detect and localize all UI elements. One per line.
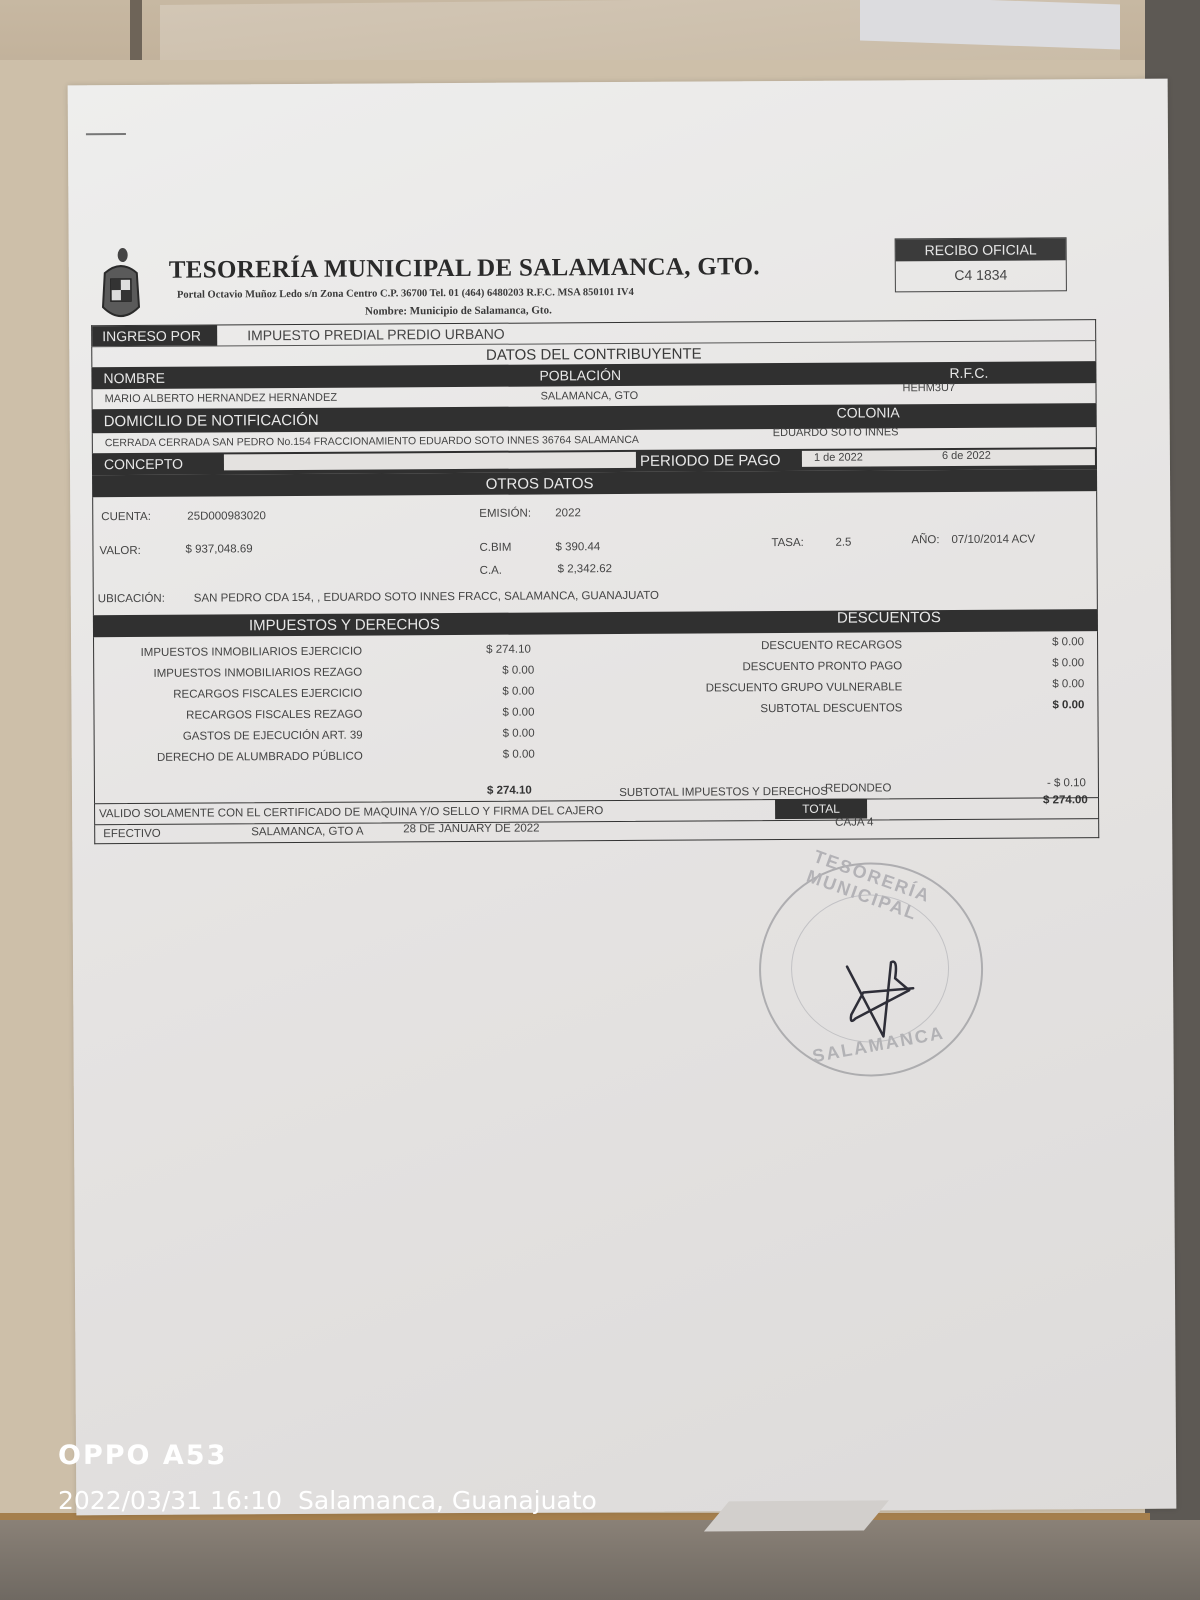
cashier-signature-icon bbox=[843, 958, 924, 1048]
ca-label: C.A. bbox=[480, 565, 502, 577]
impuestos-title: IMPUESTOS Y DERECHOS bbox=[249, 616, 440, 634]
cbim-label: C.BIM bbox=[479, 542, 511, 554]
periodo-label: PERIODO DE PAGO bbox=[640, 452, 781, 470]
redondeo-label: REDONDEO bbox=[825, 782, 892, 794]
lugar: SALAMANCA, GTO A bbox=[251, 826, 363, 839]
descuentos-title: DESCUENTOS bbox=[837, 609, 941, 627]
periodo-desde: 1 de 2022 bbox=[814, 452, 863, 464]
domicilio-value: CERRADA CERRADA SAN PEDRO No.154 FRACCIO… bbox=[105, 434, 639, 449]
anio-value: 07/10/2014 ACV bbox=[951, 533, 1035, 546]
otros-datos-body: CUENTA: 25D000983020 EMISIÓN: 2022 VALOR… bbox=[92, 491, 1098, 615]
impuesto-amount: $ 0.00 bbox=[503, 728, 535, 740]
issuer-title: TESORERÍA MUNICIPAL DE SALAMANCA, GTO. bbox=[169, 253, 760, 285]
impuesto-amount: $ 0.00 bbox=[503, 749, 535, 761]
ubicacion-value: SAN PEDRO CDA 154, , EDUARDO SOTO INNES … bbox=[194, 590, 659, 605]
subtotal-descuentos-value: $ 0.00 bbox=[1052, 699, 1084, 711]
issuer-address: Portal Octavio Muñoz Ledo s/n Zona Centr… bbox=[177, 287, 634, 301]
impuesto-label: IMPUESTOS INMOBILIARIOS EJERCICIO bbox=[141, 646, 363, 659]
forma-pago: EFECTIVO bbox=[103, 828, 161, 840]
cbim-value: $ 390.44 bbox=[555, 541, 600, 553]
photo-datetime: 2022/03/31 16:10 bbox=[58, 1486, 282, 1515]
valor-label: VALOR: bbox=[99, 545, 140, 557]
ingreso-label: INGRESO POR bbox=[92, 325, 217, 346]
impuesto-amount: $ 274.10 bbox=[486, 644, 531, 656]
caja: CAJA 4 bbox=[835, 816, 873, 828]
valor-value: $ 937,048.69 bbox=[185, 543, 252, 555]
nombre-value: MARIO ALBERTO HERNANDEZ HERNANDEZ bbox=[105, 392, 338, 405]
emision-value: 2022 bbox=[555, 507, 581, 519]
otros-datos-title: OTROS DATOS bbox=[486, 475, 594, 493]
descuento-label: DESCUENTO GRUPO VULNERABLE bbox=[706, 681, 903, 694]
anio-label: AÑO: bbox=[911, 534, 939, 546]
tasa-value: 2.5 bbox=[835, 537, 851, 549]
ingreso-value: IMPUESTO PREDIAL PREDIO URBANO bbox=[217, 326, 505, 344]
ca-value: $ 2,342.62 bbox=[558, 563, 612, 575]
descuento-amount: $ 0.00 bbox=[1052, 678, 1084, 690]
camera-device-watermark: OPPO A53 bbox=[58, 1440, 227, 1471]
issuer-entity-name: Nombre: Municipio de Salamanca, Gto. bbox=[365, 304, 552, 317]
periodo-field: 1 de 2022 6 de 2022 bbox=[802, 449, 1095, 467]
nombre-label: NOMBRE bbox=[103, 370, 165, 386]
redondeo-value: - $ 0.10 bbox=[1047, 777, 1086, 789]
emision-label: EMISIÓN: bbox=[479, 508, 531, 520]
colonia-label: COLONIA bbox=[837, 404, 900, 420]
fecha: 28 DE JANUARY DE 2022 bbox=[403, 823, 539, 836]
rfc-value: HEHM3U7 bbox=[902, 382, 955, 394]
concepto-value bbox=[224, 452, 636, 471]
descuento-label: DESCUENTO RECARGOS bbox=[761, 639, 902, 652]
cuenta-label: CUENTA: bbox=[101, 511, 151, 523]
receipt-form: INGRESO POR IMPUESTO PREDIAL PREDIO URBA… bbox=[91, 319, 1099, 844]
receipt-document: TESORERÍA MUNICIPAL DE SALAMANCA, GTO. P… bbox=[68, 79, 1177, 1516]
concepto-label: CONCEPTO bbox=[104, 456, 183, 472]
subtotal-impuestos-value: $ 274.10 bbox=[487, 785, 532, 797]
total-value: $ 274.00 bbox=[1043, 794, 1088, 806]
contribuyente-section-title: DATOS DEL CONTRIBUYENTE bbox=[486, 345, 702, 363]
impuesto-label: GASTOS DE EJECUCIÓN ART. 39 bbox=[183, 730, 363, 743]
subtotal-descuentos-label: SUBTOTAL DESCUENTOS bbox=[760, 702, 902, 715]
impuesto-label: RECARGOS FISCALES REZAGO bbox=[186, 709, 362, 722]
municipal-coat-of-arms-icon bbox=[97, 245, 145, 325]
pen-mark bbox=[86, 133, 126, 135]
receipt-label: RECIBO OFICIAL bbox=[896, 238, 1066, 261]
paper-folded-corner bbox=[704, 1500, 889, 1531]
colonia-value: EDUARDO SOTO INNES bbox=[773, 426, 899, 439]
cuenta-value: 25D000983020 bbox=[187, 510, 266, 522]
validez-text: VALIDO SOLAMENTE CON EL CERTIFICADO DE M… bbox=[99, 805, 603, 820]
impuesto-label: IMPUESTOS INMOBILIARIOS REZAGO bbox=[153, 667, 362, 680]
official-receipt-box: RECIBO OFICIAL C4 1834 bbox=[895, 237, 1067, 292]
photo-location: Salamanca, Guanajuato bbox=[298, 1486, 597, 1515]
background-floor bbox=[0, 1520, 1200, 1600]
impuesto-amount: $ 0.00 bbox=[502, 686, 534, 698]
rfc-label: R.F.C. bbox=[949, 365, 988, 381]
tasa-label: TASA: bbox=[771, 537, 803, 549]
impuesto-amount: $ 0.00 bbox=[502, 665, 534, 677]
descuento-amount: $ 0.00 bbox=[1052, 636, 1084, 648]
camera-datetime-location-watermark: 2022/03/31 16:10 Salamanca, Guanajuato bbox=[58, 1486, 597, 1515]
impuesto-label: RECARGOS FISCALES EJERCICIO bbox=[173, 688, 362, 701]
receipt-number: C4 1834 bbox=[896, 260, 1066, 289]
poblacion-value: SALAMANCA, GTO bbox=[541, 390, 639, 403]
ubicacion-label: UBICACIÓN: bbox=[98, 593, 165, 605]
poblacion-label: POBLACIÓN bbox=[539, 367, 621, 383]
impuesto-amount: $ 0.00 bbox=[502, 707, 534, 719]
impuestos-descuentos-body: IMPUESTOS INMOBILIARIOS EJERCICIO$ 274.1… bbox=[93, 631, 1099, 803]
descuento-label: DESCUENTO PRONTO PAGO bbox=[742, 660, 902, 673]
periodo-hasta: 6 de 2022 bbox=[942, 450, 991, 462]
impuesto-label: DERECHO DE ALUMBRADO PÚBLICO bbox=[157, 751, 363, 764]
domicilio-label: DOMICILIO DE NOTIFICACIÓN bbox=[104, 411, 319, 429]
descuento-amount: $ 0.00 bbox=[1052, 657, 1084, 669]
subtotal-impuestos-label: SUBTOTAL IMPUESTOS Y DERECHOS bbox=[619, 786, 828, 799]
